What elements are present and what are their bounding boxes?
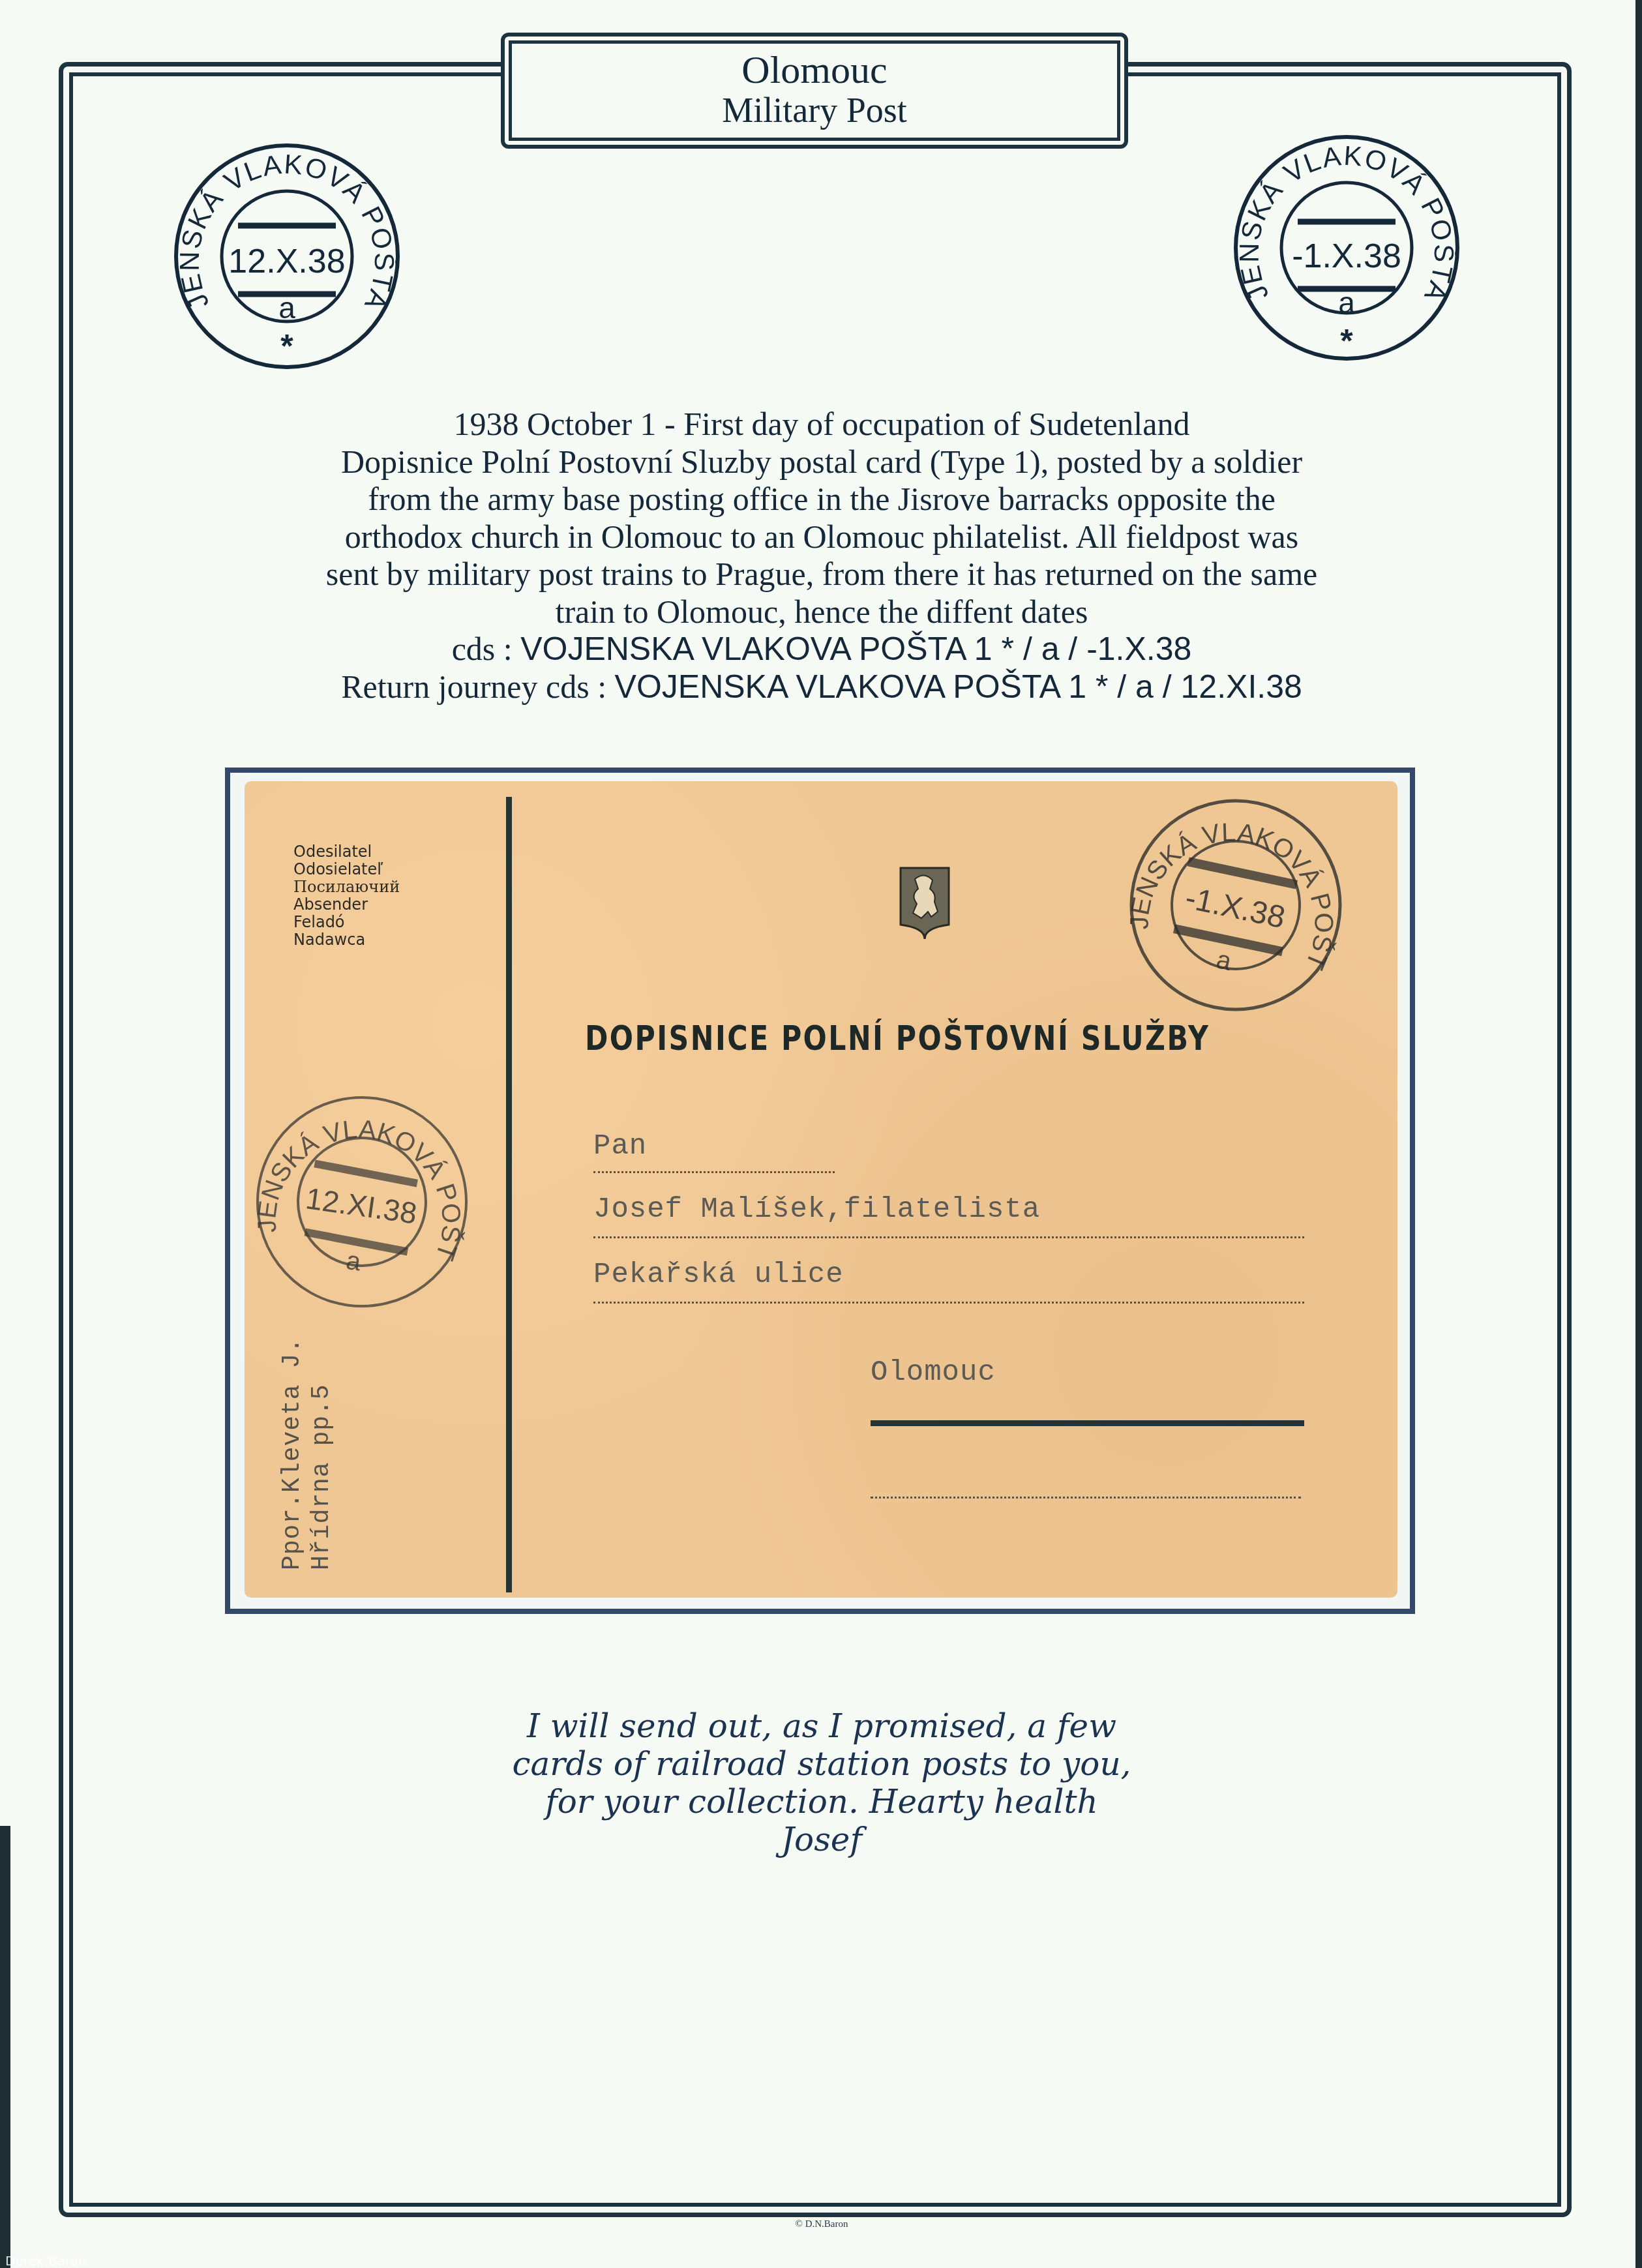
watermark: Derek Baron bbox=[5, 2253, 86, 2268]
address-name: Josef Malíšek,filatelista bbox=[593, 1193, 1040, 1226]
svg-text:a: a bbox=[1214, 945, 1234, 976]
address-dotted-line bbox=[593, 1171, 835, 1173]
description-line: sent by military post trains to Prague, … bbox=[130, 556, 1513, 593]
copyright: © D.N.Baron bbox=[756, 2219, 887, 2230]
svg-text:VOJENSKÁ VLAKOVÁ POŠTA 1: VOJENSKÁ VLAKOVÁ POŠTA 1 bbox=[1125, 794, 1347, 974]
page-title: Olomouc bbox=[512, 49, 1117, 91]
description-line: from the army base posting office in the… bbox=[130, 481, 1513, 518]
postmark-upper-right: VOJENSKÁ VLAKOVÁ POŠTA 1 -1.X.38 a bbox=[1125, 794, 1347, 1016]
svg-text:*: * bbox=[280, 328, 293, 365]
note-line: cards of railroad station posts to you, bbox=[326, 1745, 1317, 1783]
note-line: Josef bbox=[326, 1821, 1317, 1858]
sender-label: Odosielateľ bbox=[293, 861, 400, 878]
cds-label: cds : bbox=[452, 631, 521, 667]
postmark-icon: VOJENSKÁ VLAKOVÁ POŠTA 1 12.XI.38 a bbox=[251, 1091, 473, 1313]
sender-labels: Odesilatel Odosielateľ Посилаючий Absend… bbox=[293, 843, 400, 949]
postmark-icon: VOJENSKÁ VLAKOVÁ POŠTA 15 12.X.38 a * bbox=[170, 139, 404, 374]
svg-text:VOJENSKÁ VLAKOVÁ POŠTA 15: VOJENSKÁ VLAKOVÁ POŠTA 15 bbox=[1229, 130, 1459, 306]
address-city: Olomouc bbox=[871, 1356, 996, 1389]
svg-text:12.X.38: 12.X.38 bbox=[228, 243, 345, 280]
address-salutation: Pan bbox=[593, 1130, 647, 1163]
postmark-icon: VOJENSKÁ VLAKOVÁ POŠTA 1 -1.X.38 a bbox=[1125, 794, 1347, 1016]
coat-of-arms-icon bbox=[899, 866, 951, 941]
sender-typed-line-1: Ppor.Kleveta J. bbox=[278, 1337, 306, 1570]
scan-edge-left bbox=[0, 1826, 10, 2268]
svg-text:VOJENSKÁ VLAKOVÁ POŠTA 1: VOJENSKÁ VLAKOVÁ POŠTA 1 bbox=[251, 1091, 473, 1264]
address-dotted-line bbox=[871, 1497, 1301, 1499]
cds-line: cds : VOJENSKA VLAKOVA POŠTA 1 * / a / -… bbox=[130, 631, 1513, 668]
address-dotted-line bbox=[593, 1302, 1304, 1304]
page-subtitle: Military Post bbox=[512, 91, 1117, 130]
address-dotted-line bbox=[593, 1236, 1304, 1238]
sender-label: Absender bbox=[293, 896, 400, 914]
sender-label: Nadawca bbox=[293, 931, 400, 949]
postmark-left: VOJENSKÁ VLAKOVÁ POŠTA 1 12.XI.38 a bbox=[251, 1091, 473, 1313]
address-street: Pekařská ulice bbox=[593, 1259, 844, 1291]
return-cds-label: Return journey cds : bbox=[341, 668, 614, 705]
description-line: 1938 October 1 - First day of occupation… bbox=[130, 406, 1513, 443]
svg-text:a: a bbox=[278, 291, 295, 325]
cds-value: VOJENSKA VLAKOVA POŠTA 1 * / a / -1.X.38 bbox=[520, 631, 1191, 667]
postcard-title: DOPISNICE POLNÍ POŠTOVNÍ SLUŽBY bbox=[585, 1019, 1210, 1058]
sender-label: Feladó bbox=[293, 914, 400, 931]
note-line: I will send out, as I promised, a few bbox=[326, 1707, 1317, 1745]
sender-label: Odesilatel bbox=[293, 843, 400, 861]
scan-edge-right bbox=[1635, 0, 1642, 2268]
sender-label: Посилаючий bbox=[293, 878, 400, 896]
city-underline bbox=[871, 1420, 1304, 1426]
svg-text:a: a bbox=[344, 1246, 363, 1277]
postcard: Odesilatel Odosielateľ Посилаючий Absend… bbox=[245, 781, 1397, 1598]
postmark-illustration-left: VOJENSKÁ VLAKOVÁ POŠTA 15 12.X.38 a * bbox=[170, 139, 404, 374]
postmark-icon: VOJENSKÁ VLAKOVÁ POŠTA 15 -1.X.38 a * bbox=[1229, 130, 1464, 365]
svg-text:12.XI.38: 12.XI.38 bbox=[304, 1181, 419, 1230]
svg-text:-1.X.38: -1.X.38 bbox=[1292, 237, 1401, 275]
return-cds-line: Return journey cds : VOJENSKA VLAKOVA PO… bbox=[130, 668, 1513, 706]
svg-text:-1.X.38: -1.X.38 bbox=[1182, 880, 1288, 935]
svg-text:*: * bbox=[1340, 323, 1353, 359]
handwritten-note: I will send out, as I promised, a few ca… bbox=[326, 1707, 1317, 1858]
sender-typed-line-2: Hřídrna pp.5 bbox=[308, 1384, 336, 1570]
card-divider bbox=[506, 797, 512, 1592]
postmark-illustration-right: VOJENSKÁ VLAKOVÁ POŠTA 15 -1.X.38 a * bbox=[1229, 130, 1464, 365]
description-line: Dopisnice Polní Postovní Sluzby postal c… bbox=[130, 443, 1513, 481]
description-paragraph: 1938 October 1 - First day of occupation… bbox=[130, 406, 1513, 706]
title-box: Olomouc Military Post bbox=[509, 40, 1120, 141]
return-cds-value: VOJENSKA VLAKOVA POŠTA 1 * / a / 12.XI.3… bbox=[615, 668, 1302, 705]
svg-text:a: a bbox=[1338, 286, 1355, 320]
description-line: orthodox church in Olomouc to an Olomouc… bbox=[130, 518, 1513, 556]
description-line: train to Olomouc, hence the diffent date… bbox=[130, 593, 1513, 631]
note-line: for your collection. Hearty health bbox=[326, 1783, 1317, 1821]
